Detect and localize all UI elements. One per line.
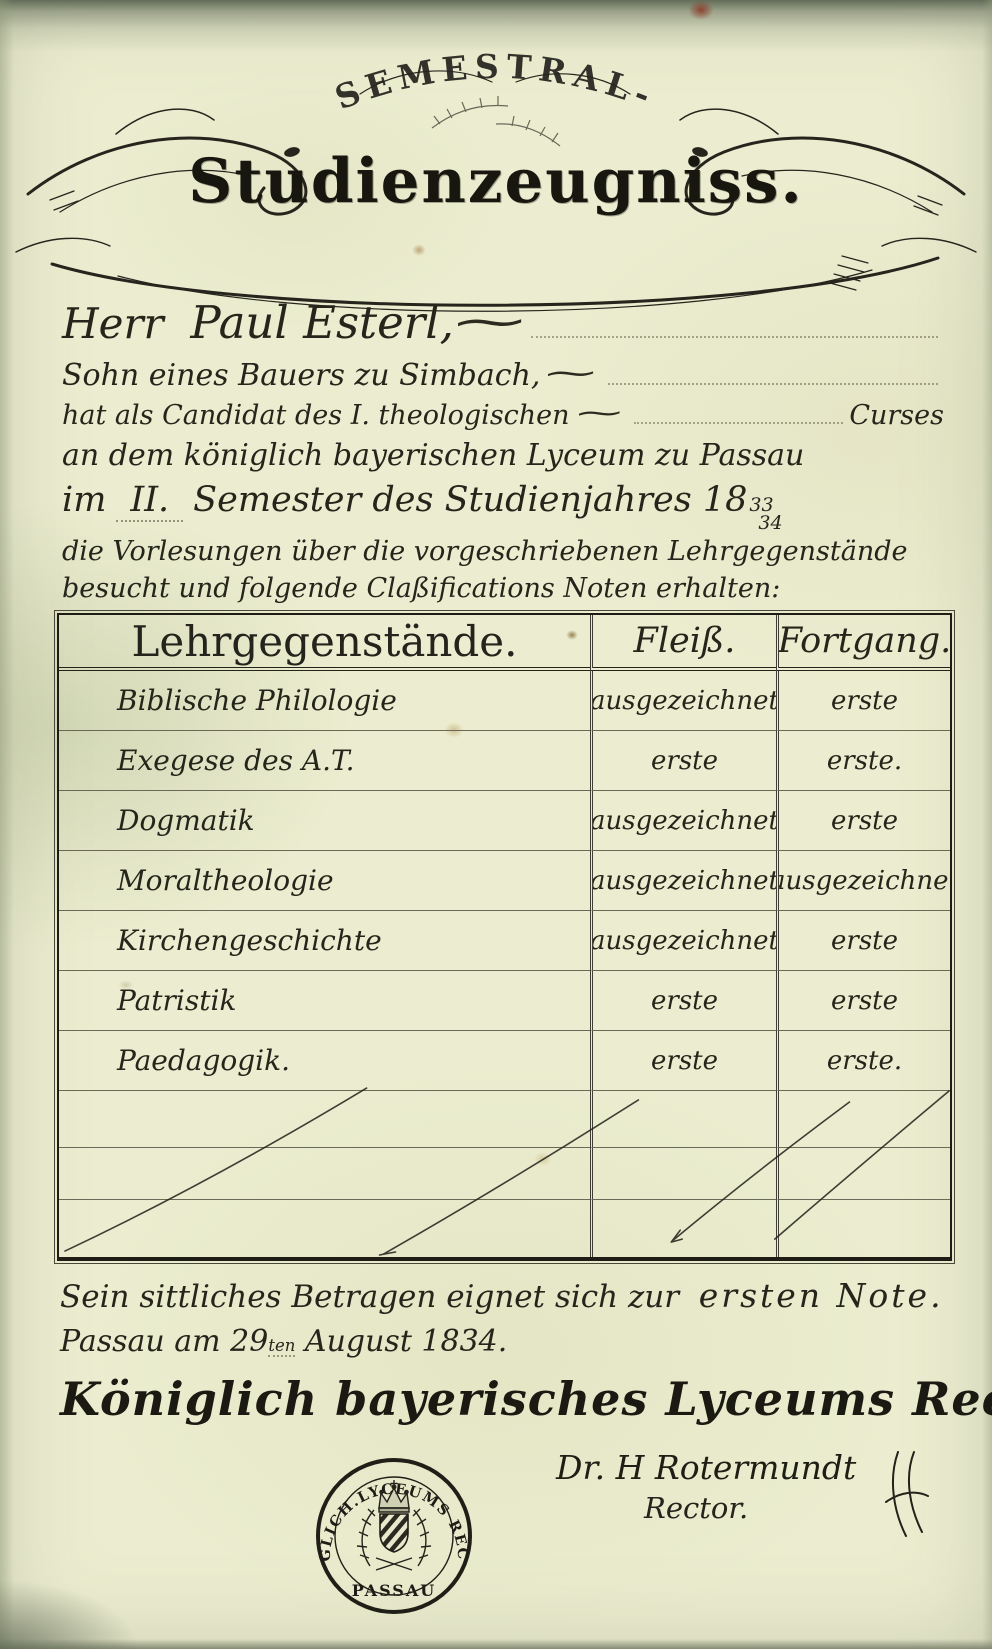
- subject-cell: Paedagogik.: [59, 1031, 590, 1091]
- certificate-document: SEMESTRAL- Studienzeugniss. He: [0, 0, 992, 1649]
- dotted-leader: [531, 300, 938, 338]
- dotted-leader: [608, 358, 938, 385]
- signature-paraph-flourish: [884, 1450, 930, 1542]
- institution-line: an dem königlich bayerischen Lyceum zu P…: [62, 438, 944, 480]
- empty-cell: [590, 1091, 776, 1148]
- column-header-progress: Fortgang.: [776, 615, 950, 671]
- empty-cell: [776, 1148, 950, 1200]
- recipient-line: Herr Paul Esterl, ~: [62, 296, 944, 358]
- empty-cell: [59, 1148, 590, 1200]
- empty-cell: [590, 1148, 776, 1200]
- empty-cell: [776, 1200, 950, 1257]
- lectures-line: die Vorlesungen über die vorgeschriebene…: [62, 536, 944, 573]
- empty-cell: [590, 1200, 776, 1257]
- scan-corner-shadow: [0, 1579, 140, 1649]
- conduct-line: Sein sittliches Betragen eignet sich zur…: [60, 1276, 952, 1324]
- scan-edge-bottom: [0, 1639, 992, 1649]
- course-numeral: I.: [351, 400, 370, 431]
- place-date-line: Passau am 29ten August 1834.: [60, 1324, 952, 1372]
- closing-section: Sein sittliches Betragen eignet sich zur…: [60, 1276, 952, 1426]
- laurel-sprig-ornament: [432, 96, 560, 146]
- filler-tilde: ~: [541, 356, 601, 391]
- institution-text: an dem königlich bayerischen Lyceum zu P…: [62, 438, 804, 473]
- intro-section: Herr Paul Esterl, ~ Sohn eines Bauers zu…: [62, 296, 944, 609]
- parentage-text: Sohn eines Bauers zu Simbach,: [62, 358, 540, 393]
- semester-text: Semester des Studienjahres: [193, 480, 692, 520]
- salutation: Herr: [62, 299, 164, 348]
- svg-text:SEMESTRAL-: SEMESTRAL-: [330, 47, 663, 118]
- course-word: Curses: [849, 400, 944, 431]
- year-fraction: 33 34: [749, 496, 782, 532]
- semester-numeral: II.: [116, 480, 183, 522]
- parentage-line: Sohn eines Bauers zu Simbach, ~: [62, 358, 944, 400]
- progress-cell: erste: [776, 911, 950, 971]
- column-header-subjects: Lehrgegenstände.: [59, 615, 590, 671]
- authority-line: Königlich bayerisches Lyceums Rectorat: [60, 1372, 952, 1426]
- column-header-diligence: Fleiß.: [590, 615, 776, 671]
- classification-text: besucht und folgende Claßifications Note…: [62, 573, 780, 604]
- classification-line: besucht und folgende Claßifications Note…: [62, 573, 944, 609]
- empty-cell: [776, 1091, 950, 1148]
- date-rest: August 1834.: [305, 1324, 507, 1359]
- progress-cell: erste.: [776, 731, 950, 791]
- semester-line: im II. Semester des Studienjahres 18 33 …: [62, 480, 944, 536]
- diligence-cell: erste: [590, 1031, 776, 1091]
- progress-cell: erste: [776, 971, 950, 1031]
- subject-cell: Exegese des A.T.: [59, 731, 590, 791]
- candidate-line: hat als Candidat des I. theologischen ~ …: [62, 400, 944, 438]
- date-ordinal: ten: [268, 1336, 295, 1357]
- seal-city-text: PASSAU: [352, 1581, 436, 1600]
- semester-prefix: im: [62, 480, 106, 520]
- conduct-text: Sein sittliches Betragen eignet sich zur: [60, 1279, 679, 1315]
- year-century: 18: [703, 480, 748, 520]
- filler-tilde: ~: [447, 297, 531, 346]
- official-seal: KOENIGLICH.LYCEUMS RECTORAT PASSAU: [308, 1450, 480, 1622]
- date-day: 29: [230, 1324, 268, 1359]
- diligence-cell: erste: [590, 731, 776, 791]
- dotted-leader: [634, 400, 843, 424]
- subject-cell: Kirchengeschichte: [59, 911, 590, 971]
- subject-cell: Dogmatik: [59, 791, 590, 851]
- signature-block: Dr. H Rotermundt Rector.: [556, 1448, 956, 1525]
- diligence-cell: ausgezeichnet: [590, 671, 776, 731]
- diligence-cell: ausgezeichnet: [590, 851, 776, 911]
- lectures-text: die Vorlesungen über die vorgeschriebene…: [62, 536, 908, 567]
- year-bottom: 34: [758, 514, 782, 532]
- subject-cell: Patristik: [59, 971, 590, 1031]
- progress-cell: erste.: [776, 1031, 950, 1091]
- arched-title: SEMESTRAL-: [330, 47, 663, 118]
- diligence-cell: ausgezeichnet: [590, 791, 776, 851]
- document-title: Studienzeugniss.: [0, 146, 992, 217]
- course-type: theologischen: [379, 400, 570, 431]
- candidate-text: hat als Candidat des: [62, 400, 342, 431]
- progress-cell: erste: [776, 791, 950, 851]
- subject-cell: Moraltheologie: [59, 851, 590, 911]
- grades-table: Lehrgegenstände. Fleiß. Fortgang. Biblis…: [54, 610, 955, 1264]
- subject-cell: Biblische Philologie: [59, 671, 590, 731]
- recipient-name: Paul Esterl,: [190, 296, 454, 349]
- place-text: Passau am: [60, 1324, 221, 1359]
- filler-tilde: ~: [572, 398, 626, 429]
- progress-cell: erste: [776, 671, 950, 731]
- progress-cell: ausgezeichnet: [776, 851, 950, 911]
- diligence-cell: erste: [590, 971, 776, 1031]
- empty-cell: [59, 1091, 590, 1148]
- conduct-grade: ersten Note.: [699, 1276, 944, 1315]
- diligence-cell: ausgezeichnet: [590, 911, 776, 971]
- empty-cell: [59, 1200, 590, 1257]
